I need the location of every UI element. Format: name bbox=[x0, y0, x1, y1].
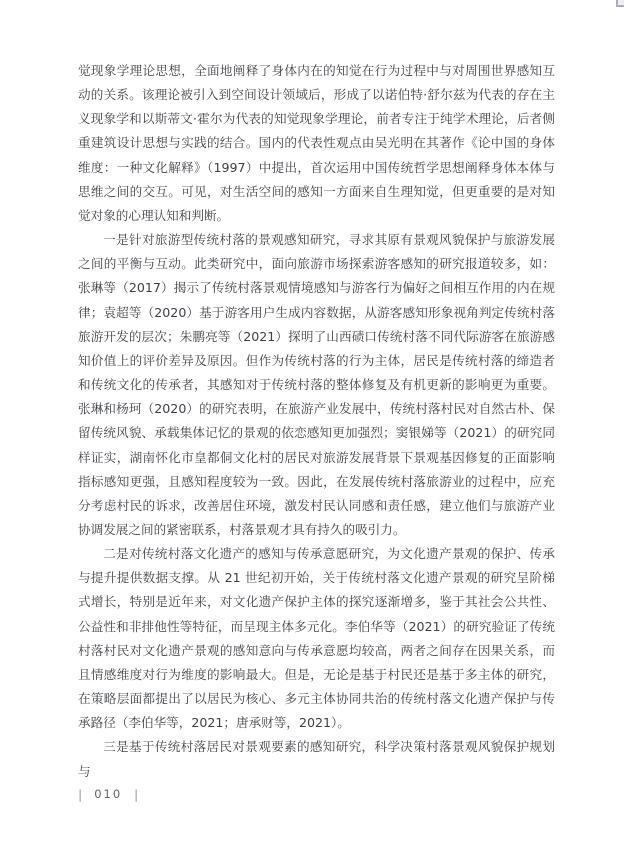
window-corner-fragment bbox=[616, 0, 624, 7]
page-footer: | 010 | bbox=[78, 787, 138, 801]
paragraph-point-two: 二是对传统村落文化遗产的感知与传承意愿研究，为文化遗产景观的保护、传承与提升提供… bbox=[78, 542, 555, 735]
page-number: 010 bbox=[94, 787, 122, 801]
footer-left-divider: | bbox=[79, 787, 82, 802]
footer-right-divider: | bbox=[135, 787, 138, 802]
paragraph-point-one: 一是针对旅游型传统村落的景观感知研究，寻求其原有景观风貌保护与旅游发展之间的平衡… bbox=[78, 228, 555, 542]
paragraph-continuation: 觉现象学理论思想，全面地阐释了身体内在的知觉在行为过程中与对周围世界感知互动的关… bbox=[78, 59, 555, 228]
body-text: 觉现象学理论思想，全面地阐释了身体内在的知觉在行为过程中与对周围世界感知互动的关… bbox=[78, 59, 555, 784]
paragraph-point-three: 三是基于传统村落居民对景观要素的感知研究，科学决策村落景观风貌保护规划与 bbox=[78, 735, 555, 783]
book-page: 觉现象学理论思想，全面地阐释了身体内在的知觉在行为过程中与对周围世界感知互动的关… bbox=[0, 0, 624, 858]
